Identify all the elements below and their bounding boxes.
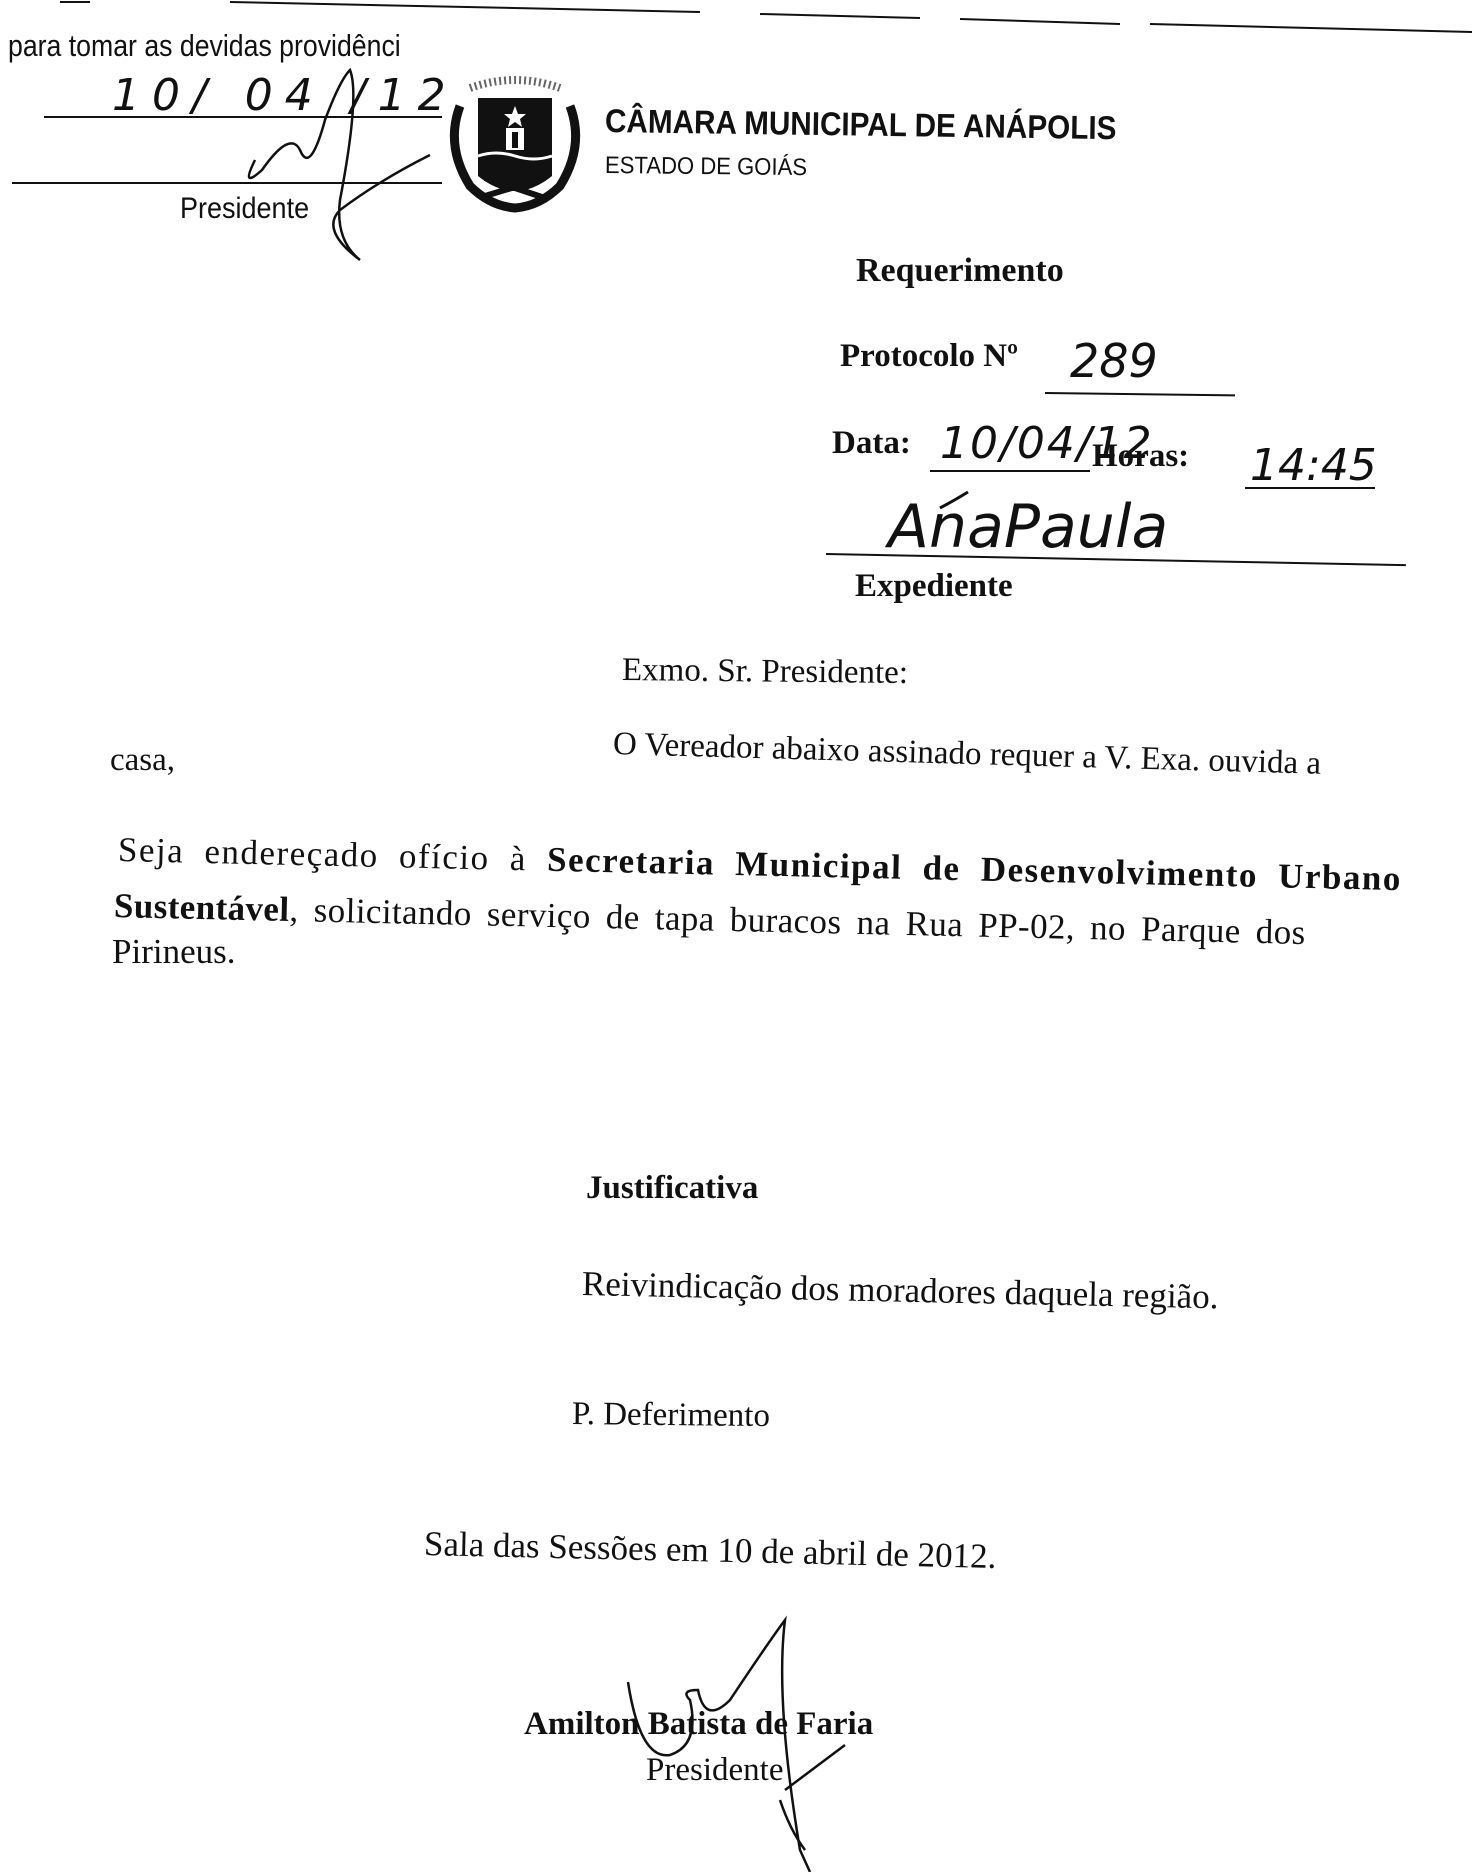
request-line-1: Seja endereçado ofício à Secretaria Muni… [118,830,1403,899]
protocol-number: 289 [1070,334,1158,388]
organization-state: ESTADO DE GOIÁS [605,152,807,182]
date-label: Data: [832,425,911,462]
request-line-3: Pirineus. [112,932,235,972]
dispatch-handwritten-date: 10/ 04 /12 [112,70,458,121]
dispatch-signature-line [12,182,442,184]
coat-of-arms-icon [440,66,590,216]
request-line-2: Sustentável, solicitando serviço de tapa… [114,886,1307,953]
president-signature-icon [628,1620,845,1872]
clerk-signature: AnaPaula [888,492,1168,562]
request-line-1-bold: Secretaria Municipal de Desenvolvimento … [547,840,1403,898]
dispatch-signature-label: Presidente [180,192,309,226]
closing: P. Deferimento [572,1396,770,1435]
protocol-line [1045,392,1235,396]
intro-text: O Vereador abaixo assinado requer a V. E… [612,726,1321,783]
request-line-2-bold: Sustentável [114,886,290,929]
protocol-label: Protocolo Nº [840,338,1018,375]
organization-name: CÂMARA MUNICIPAL DE ANÁPOLIS [605,102,1117,147]
justification-title: Justificativa [586,1170,758,1207]
dispatch-note-text: para tomar as devidas providênci [8,28,401,64]
hours-value: 14:45 [1250,440,1377,491]
dispatch-date-line [44,116,442,118]
place-and-date: Sala das Sessões em 10 de abril de 2012. [424,1524,997,1577]
hours-label: Horas: [1092,438,1189,475]
request-line-2-text: , solicitando serviço de tapa buracos na… [289,890,1306,952]
clerk-label: Expediente [855,568,1013,605]
signer-name: Amilton Batista de Faria [524,1706,873,1743]
salutation: Exmo. Sr. Presidente: [622,652,908,692]
signer-role: Presidente [646,1752,783,1789]
document-type: Requerimento [856,252,1064,290]
hours-line [1245,487,1375,489]
request-line-1-text: Seja endereçado ofício à [118,830,548,879]
intro-continuation: casa, [110,742,175,779]
justification-text: Reivindicação dos moradores daquela regi… [582,1264,1219,1317]
date-line [930,470,1090,472]
